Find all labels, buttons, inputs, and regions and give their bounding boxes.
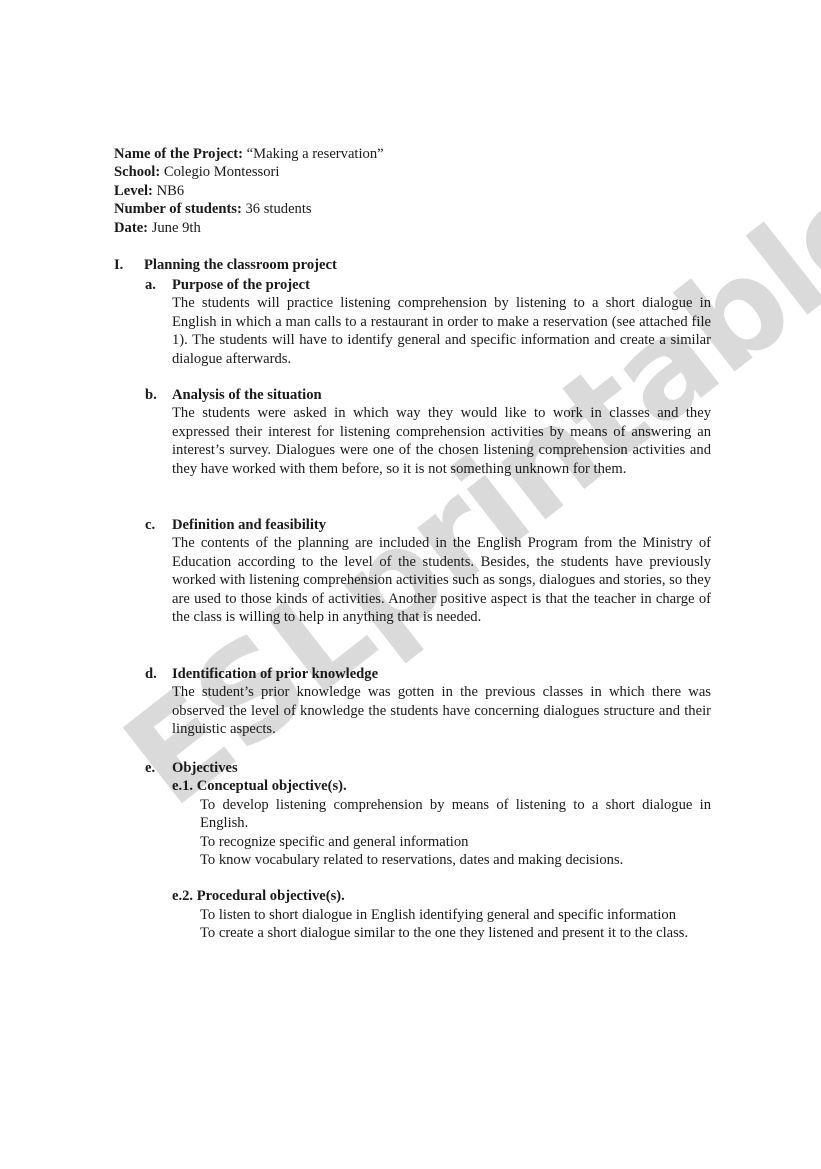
item-letter: b. bbox=[145, 386, 172, 404]
level-row: Level: NB6 bbox=[114, 182, 384, 200]
school-row: School: Colegio Montessori bbox=[114, 163, 384, 181]
item-body: The students were asked in which way the… bbox=[172, 404, 711, 478]
students-row: Number of students: 36 students bbox=[114, 200, 384, 218]
item-letter: e. bbox=[145, 759, 172, 777]
field-label: Name of the Project: bbox=[114, 146, 243, 162]
item-body: The contents of the planning are include… bbox=[172, 534, 711, 626]
item-body: The students will practice listening com… bbox=[172, 294, 711, 368]
item-analysis: b.Analysis of the situation The students… bbox=[145, 386, 711, 478]
objective-line: To know vocabulary related to reservatio… bbox=[200, 851, 711, 869]
item-title: Analysis of the situation bbox=[172, 387, 322, 403]
item-letter: d. bbox=[145, 665, 172, 683]
section-heading: I.Planning the classroom project bbox=[114, 256, 714, 274]
field-label: Date: bbox=[114, 220, 148, 236]
item-definition: c.Definition and feasibility The content… bbox=[145, 516, 711, 626]
field-value: June 9th bbox=[152, 220, 201, 236]
objective-line: To recognize specific and general inform… bbox=[200, 833, 711, 851]
procedural-objectives: e.2. Procedural objective(s). To listen … bbox=[172, 887, 711, 942]
item-letter: c. bbox=[145, 516, 172, 534]
subsection-title: e.2. Procedural objective(s). bbox=[172, 887, 711, 905]
item-title: Objectives bbox=[172, 760, 238, 776]
field-value: Colegio Montessori bbox=[164, 164, 280, 180]
section-number: I. bbox=[114, 256, 144, 274]
item-prior-knowledge: d.Identification of prior knowledge The … bbox=[145, 665, 711, 739]
field-label: School: bbox=[114, 164, 160, 180]
field-label: Number of students: bbox=[114, 201, 242, 217]
item-title: Purpose of the project bbox=[172, 277, 310, 293]
item-body: The student’s prior knowledge was gotten… bbox=[172, 683, 711, 738]
objective-line: To develop listening comprehension by me… bbox=[200, 796, 711, 833]
item-purpose: a.Purpose of the project The students wi… bbox=[145, 276, 711, 368]
project-info: Name of the Project: “Making a reservati… bbox=[114, 145, 384, 237]
conceptual-objectives: e.1. Conceptual objective(s). To develop… bbox=[172, 777, 711, 869]
item-objectives: e.Objectives e.1. Conceptual objective(s… bbox=[145, 759, 711, 943]
field-label: Level: bbox=[114, 183, 153, 199]
field-value: “Making a reservation” bbox=[247, 146, 384, 162]
document-page: ESLprintables.com Name of the Project: “… bbox=[0, 0, 821, 1169]
date-row: Date: June 9th bbox=[114, 219, 384, 237]
item-letter: a. bbox=[145, 276, 172, 294]
subsection-title: e.1. Conceptual objective(s). bbox=[172, 777, 711, 795]
project-name-row: Name of the Project: “Making a reservati… bbox=[114, 145, 384, 163]
section-title: Planning the classroom project bbox=[144, 257, 337, 273]
field-value: NB6 bbox=[157, 183, 185, 199]
item-title: Definition and feasibility bbox=[172, 517, 326, 533]
objective-line: To create a short dialogue similar to th… bbox=[200, 924, 711, 942]
item-title: Identification of prior knowledge bbox=[172, 666, 378, 682]
field-value: 36 students bbox=[246, 201, 312, 217]
objective-line: To listen to short dialogue in English i… bbox=[200, 906, 711, 924]
